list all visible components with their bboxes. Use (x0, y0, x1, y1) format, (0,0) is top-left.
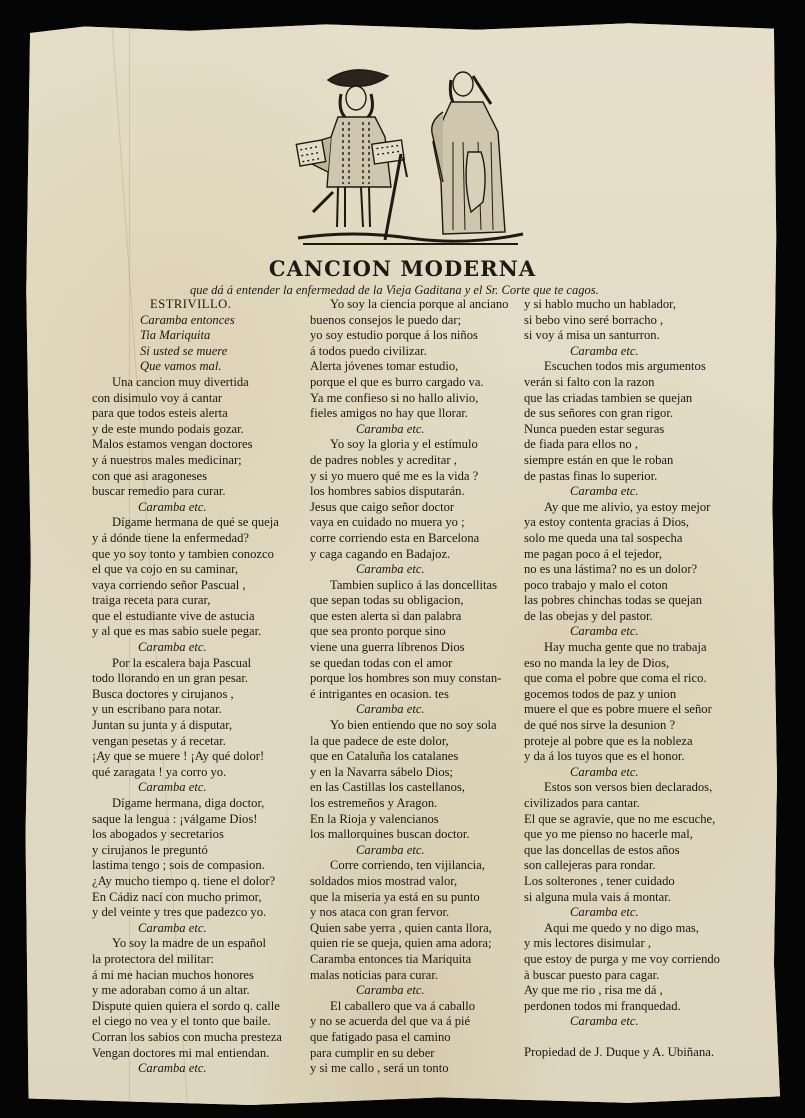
verse-line: y en la Navarra sábelo Dios; (310, 765, 508, 781)
verse-line: Tia Mariquita (92, 328, 282, 344)
verse-line: buscar remedio para curar. (92, 484, 282, 500)
verse-line: Si usted se muere (92, 344, 282, 360)
verse-line: malas noticias para curar. (310, 968, 508, 984)
verse-line: de fiada para ellos no , (524, 437, 720, 453)
verse-line: corre corriendo esta en Barcelona (310, 531, 508, 547)
verse-line: vengan pesetas y á recetar. (92, 734, 282, 750)
verse-line: Busca doctores y cirujanos , (92, 687, 282, 703)
verse-line: viene una guerra líbrenos Dios (310, 640, 508, 656)
verse-line: todo llorando en un gran pesar. (92, 671, 282, 687)
refrain-line: Caramba etc. (524, 344, 720, 360)
imprint-line: Propiedad de J. Duque y A. Ubiñana. (524, 1045, 720, 1061)
verse-line: ya estoy contenta gracias á Dios, (524, 515, 720, 531)
verse-line: Jesus que caigo señor doctor (310, 500, 508, 516)
verse-line: Yo soy la ciencia porque al anciano (310, 297, 508, 313)
verse-line: que las criadas tambien se quejan (524, 391, 720, 407)
refrain-line: Caramba etc. (92, 500, 282, 516)
verse-line: Caramba entonces (92, 313, 282, 329)
verse-line: El que se agravie, que no me escuche, (524, 812, 720, 828)
verse-line: saque la lengua : ¡válgame Dios! (92, 812, 282, 828)
verse-line: porque los hombres son muy constan- (310, 671, 508, 687)
verse-line: la protectora del militar: (92, 952, 282, 968)
verse-line: y al que es mas sabio suele pegar. (92, 624, 282, 640)
verse-line: para cumplir en su deber (310, 1046, 508, 1062)
text-column-1: ESTRIVILLO.Caramba entoncesTia Mariquita… (92, 297, 282, 1077)
verse-line: de sus señores con gran rigor. (524, 406, 720, 422)
verse-line: y un escribano para notar. (92, 702, 282, 718)
verse-line: si alguna mula vais á montar. (524, 890, 720, 906)
verse-line: vaya en cuidado no muera yo ; (310, 515, 508, 531)
verse-line: El caballero que va á caballo (310, 999, 508, 1015)
verse-line: que el estudiante vive de astucia (92, 609, 282, 625)
verse-line: Dígame hermana, diga doctor, (92, 796, 282, 812)
refrain-line: Caramba etc. (310, 983, 508, 999)
verse-line: que las doncellas de estos años (524, 843, 720, 859)
verse-line: y del veinte y tres que padezco yo. (92, 905, 282, 921)
verse-line: Yo soy la gloria y el estímulo (310, 437, 508, 453)
verse-line: que coma el pobre que coma el rico. (524, 671, 720, 687)
verse-line: eso no manda la ley de Dios, (524, 656, 720, 672)
verse-line: Juntan su junta y á disputar, (92, 718, 282, 734)
refrain-line: Caramba etc. (310, 422, 508, 438)
verse-line: lastima tengo ; sois de compasion. (92, 858, 282, 874)
verse-line: buenos consejos le puedo dar; (310, 313, 508, 329)
verse-line: à buscar puesto para cagar. (524, 968, 720, 984)
verse-line: que estoy de purga y me voy corriendo (524, 952, 720, 968)
verse-line: verán si falto con la razon (524, 375, 720, 391)
verse-line: los hombres sabios disputarán. (310, 484, 508, 500)
verse-line: yo soy estudio porque á los niños (310, 328, 508, 344)
verse-line: muere el que es pobre muere el señor (524, 702, 720, 718)
verse-line: si voy á misa un santurron. (524, 328, 720, 344)
verse-line: que fatigado pasa el camino (310, 1030, 508, 1046)
verse-line: con que asi aragoneses (92, 469, 282, 485)
verse-line: y caga cagando en Badajoz. (310, 547, 508, 563)
verse-line: En la Rioja y valencianos (310, 812, 508, 828)
verse-line: en las Castillas los castellanos, (310, 780, 508, 796)
verse-line: Aqui me quedo y no digo mas, (524, 921, 720, 937)
verse-line: Nunca pueden estar seguras (524, 422, 720, 438)
verse-line: me pagan poco á el tejedor, (524, 547, 720, 563)
verse-line: que yo me pienso no hacerle mal, (524, 827, 720, 843)
verse-line: y mis lectores disimular , (524, 936, 720, 952)
verse-line: de pastas finas lo superior. (524, 469, 720, 485)
refrain-line: Caramba etc. (92, 921, 282, 937)
verse-line: y me adoraban como á un altar. (92, 983, 282, 999)
verse-line: de padres nobles y acreditar , (310, 453, 508, 469)
verse-line: Ay que me alivio, ya estoy mejor (524, 500, 720, 516)
refrain-line: Caramba etc. (524, 484, 720, 500)
verse-line: que sea pronto porque sino (310, 624, 508, 640)
verse-line: y no se acuerda del que va á pié (310, 1014, 508, 1030)
verse-line: son callejeras para rondar. (524, 858, 720, 874)
refrain-line: Caramba etc. (92, 1061, 282, 1077)
refrain-line: Caramba etc. (524, 905, 720, 921)
verse-line: ¿Ay mucho tiempo q. tiene el dolor? (92, 874, 282, 890)
verse-line: de las obejas y del pastor. (524, 609, 720, 625)
verse-line: de qué nos sirve la desunion ? (524, 718, 720, 734)
verse-line: que esten alerta si dan palabra (310, 609, 508, 625)
refrain-line: Caramba etc. (310, 702, 508, 718)
verse-line: para que todos esteis alerta (92, 406, 282, 422)
refrain-line: Caramba etc. (92, 640, 282, 656)
verse-line: quien rie se queja, quien ama adora; (310, 936, 508, 952)
verse-line: Yo soy la madre de un español (92, 936, 282, 952)
verse-line: poco trabajo y malo el coton (524, 578, 720, 594)
verse-line: y si yo muero qué me es la vida ? (310, 469, 508, 485)
verse-line: siempre están en que le roban (524, 453, 720, 469)
verse-line: qué zaragata ! ya corro yo. (92, 765, 282, 781)
section-heading: ESTRIVILLO. (92, 297, 282, 313)
verse-line: y cirujanos le preguntó (92, 843, 282, 859)
verse-line: Los solterones , tener cuidado (524, 874, 720, 890)
document-title: CANCION MODERNA (0, 256, 805, 281)
verse-line: y á nuestros males medicinar; (92, 453, 282, 469)
verse-line: que en Cataluña los catalanes (310, 749, 508, 765)
verse-line: que yo soy tonto y tambien conozco (92, 547, 282, 563)
verse-line: Dispute quien quiera el sordo q. calle (92, 999, 282, 1015)
verse-line: el que va cojo en su caminar, (92, 562, 282, 578)
verse-line: fieles amigos no hay que llorar. (310, 406, 508, 422)
verse-line: Tambien suplico á las doncellitas (310, 578, 508, 594)
verse-line: Dígame hermana de qué se queja (92, 515, 282, 531)
verse-line: vaya corriendo señor Pascual , (92, 578, 282, 594)
refrain-line: Caramba etc. (524, 765, 720, 781)
verse-line: con disimulo voy á cantar (92, 391, 282, 407)
verse-line: las pobres chinchas todas se quejan (524, 593, 720, 609)
verse-line: y si hablo mucho un hablador, (524, 297, 720, 313)
verse-line: Caramba entonces tia Mariquita (310, 952, 508, 968)
verse-line: proteje al pobre que es la nobleza (524, 734, 720, 750)
verse-line: y de este mundo podais gozar. (92, 422, 282, 438)
verse-line: Corre corriendo, ten vijilancia, (310, 858, 508, 874)
refrain-line: Caramba etc. (310, 562, 508, 578)
refrain-line: Caramba etc. (524, 1014, 720, 1030)
verse-line: Por la escalera baja Pascual (92, 656, 282, 672)
text-column-3: y si hablo mucho un hablador,si bebo vin… (524, 297, 720, 1061)
verse-line: gocemos todos de paz y union (524, 687, 720, 703)
refrain-line: Caramba etc. (310, 843, 508, 859)
verse-line: á todos puedo civilizar. (310, 344, 508, 360)
verse-line: Que vamos mal. (92, 359, 282, 375)
verse-line: Ay que me rio , risa me dá , (524, 983, 720, 999)
refrain-line: Caramba etc. (92, 780, 282, 796)
document-subtitle: que dá á entender la enfermedad de la Vi… (190, 283, 690, 298)
verse-line: el ciego no vea y el tonto que baile. (92, 1014, 282, 1030)
verse-line: civilizados para cantar. (524, 796, 720, 812)
verse-line: Quien sabe yerra , quien canta llora, (310, 921, 508, 937)
verse-line: la que padece de este dolor, (310, 734, 508, 750)
verse-line: Alerta jóvenes tomar estudio, (310, 359, 508, 375)
verse-line: y nos ataca con gran fervor. (310, 905, 508, 921)
verse-line: que sepan todas su obligacion, (310, 593, 508, 609)
verse-line: Escuchen todos mis argumentos (524, 359, 720, 375)
verse-line: los mallorquines buscan doctor. (310, 827, 508, 843)
verse-line: porque el que es burro cargado va. (310, 375, 508, 391)
verse-line: Una cancion muy divertida (92, 375, 282, 391)
verse-line: á mi me hacian muchos honores (92, 968, 282, 984)
verse-line: los abogados y secretarios (92, 827, 282, 843)
verse-line: Vengan doctores mi mal entiendan. (92, 1046, 282, 1062)
woodcut-illustration-icon (293, 62, 525, 248)
verse-line: se quedan todas con el amor (310, 656, 508, 672)
verse-line: Ya me confieso si no hallo alivio, (310, 391, 508, 407)
verse-line: é intrigantes en ocasion. tes (310, 687, 508, 703)
verse-line: En Cádiz nací con mucho primor, (92, 890, 282, 906)
verse-line: soldados mios mostrad valor, (310, 874, 508, 890)
refrain-line: Caramba etc. (524, 624, 720, 640)
verse-line: perdonen todos mi franquedad. (524, 999, 720, 1015)
verse-line: los estremeños y Aragon. (310, 796, 508, 812)
verse-line: Hay mucha gente que no trabaja (524, 640, 720, 656)
verse-line: y á dónde tiene la enfermedad? (92, 531, 282, 547)
verse-line: no es una lástima? no es un dolor? (524, 562, 720, 578)
verse-line: solo me queda una tal sospecha (524, 531, 720, 547)
verse-line: Estos son versos bien declarados, (524, 780, 720, 796)
verse-line: Yo bien entiendo que no soy sola (310, 718, 508, 734)
verse-line: ¡Ay que se muere ! ¡Ay qué dolor! (92, 749, 282, 765)
verse-line: y si me callo , será un tonto (310, 1061, 508, 1077)
verse-line: que la miseria ya está en su punto (310, 890, 508, 906)
verse-line: Corran los sabios con mucha presteza (92, 1030, 282, 1046)
verse-line: Malos estamos vengan doctores (92, 437, 282, 453)
verse-line: y da á los tuyos que es el honor. (524, 749, 720, 765)
verse-line: si bebo vino seré borracho , (524, 313, 720, 329)
text-column-2: Yo soy la ciencia porque al ancianobueno… (310, 297, 508, 1077)
verse-line: traiga receta para curar, (92, 593, 282, 609)
